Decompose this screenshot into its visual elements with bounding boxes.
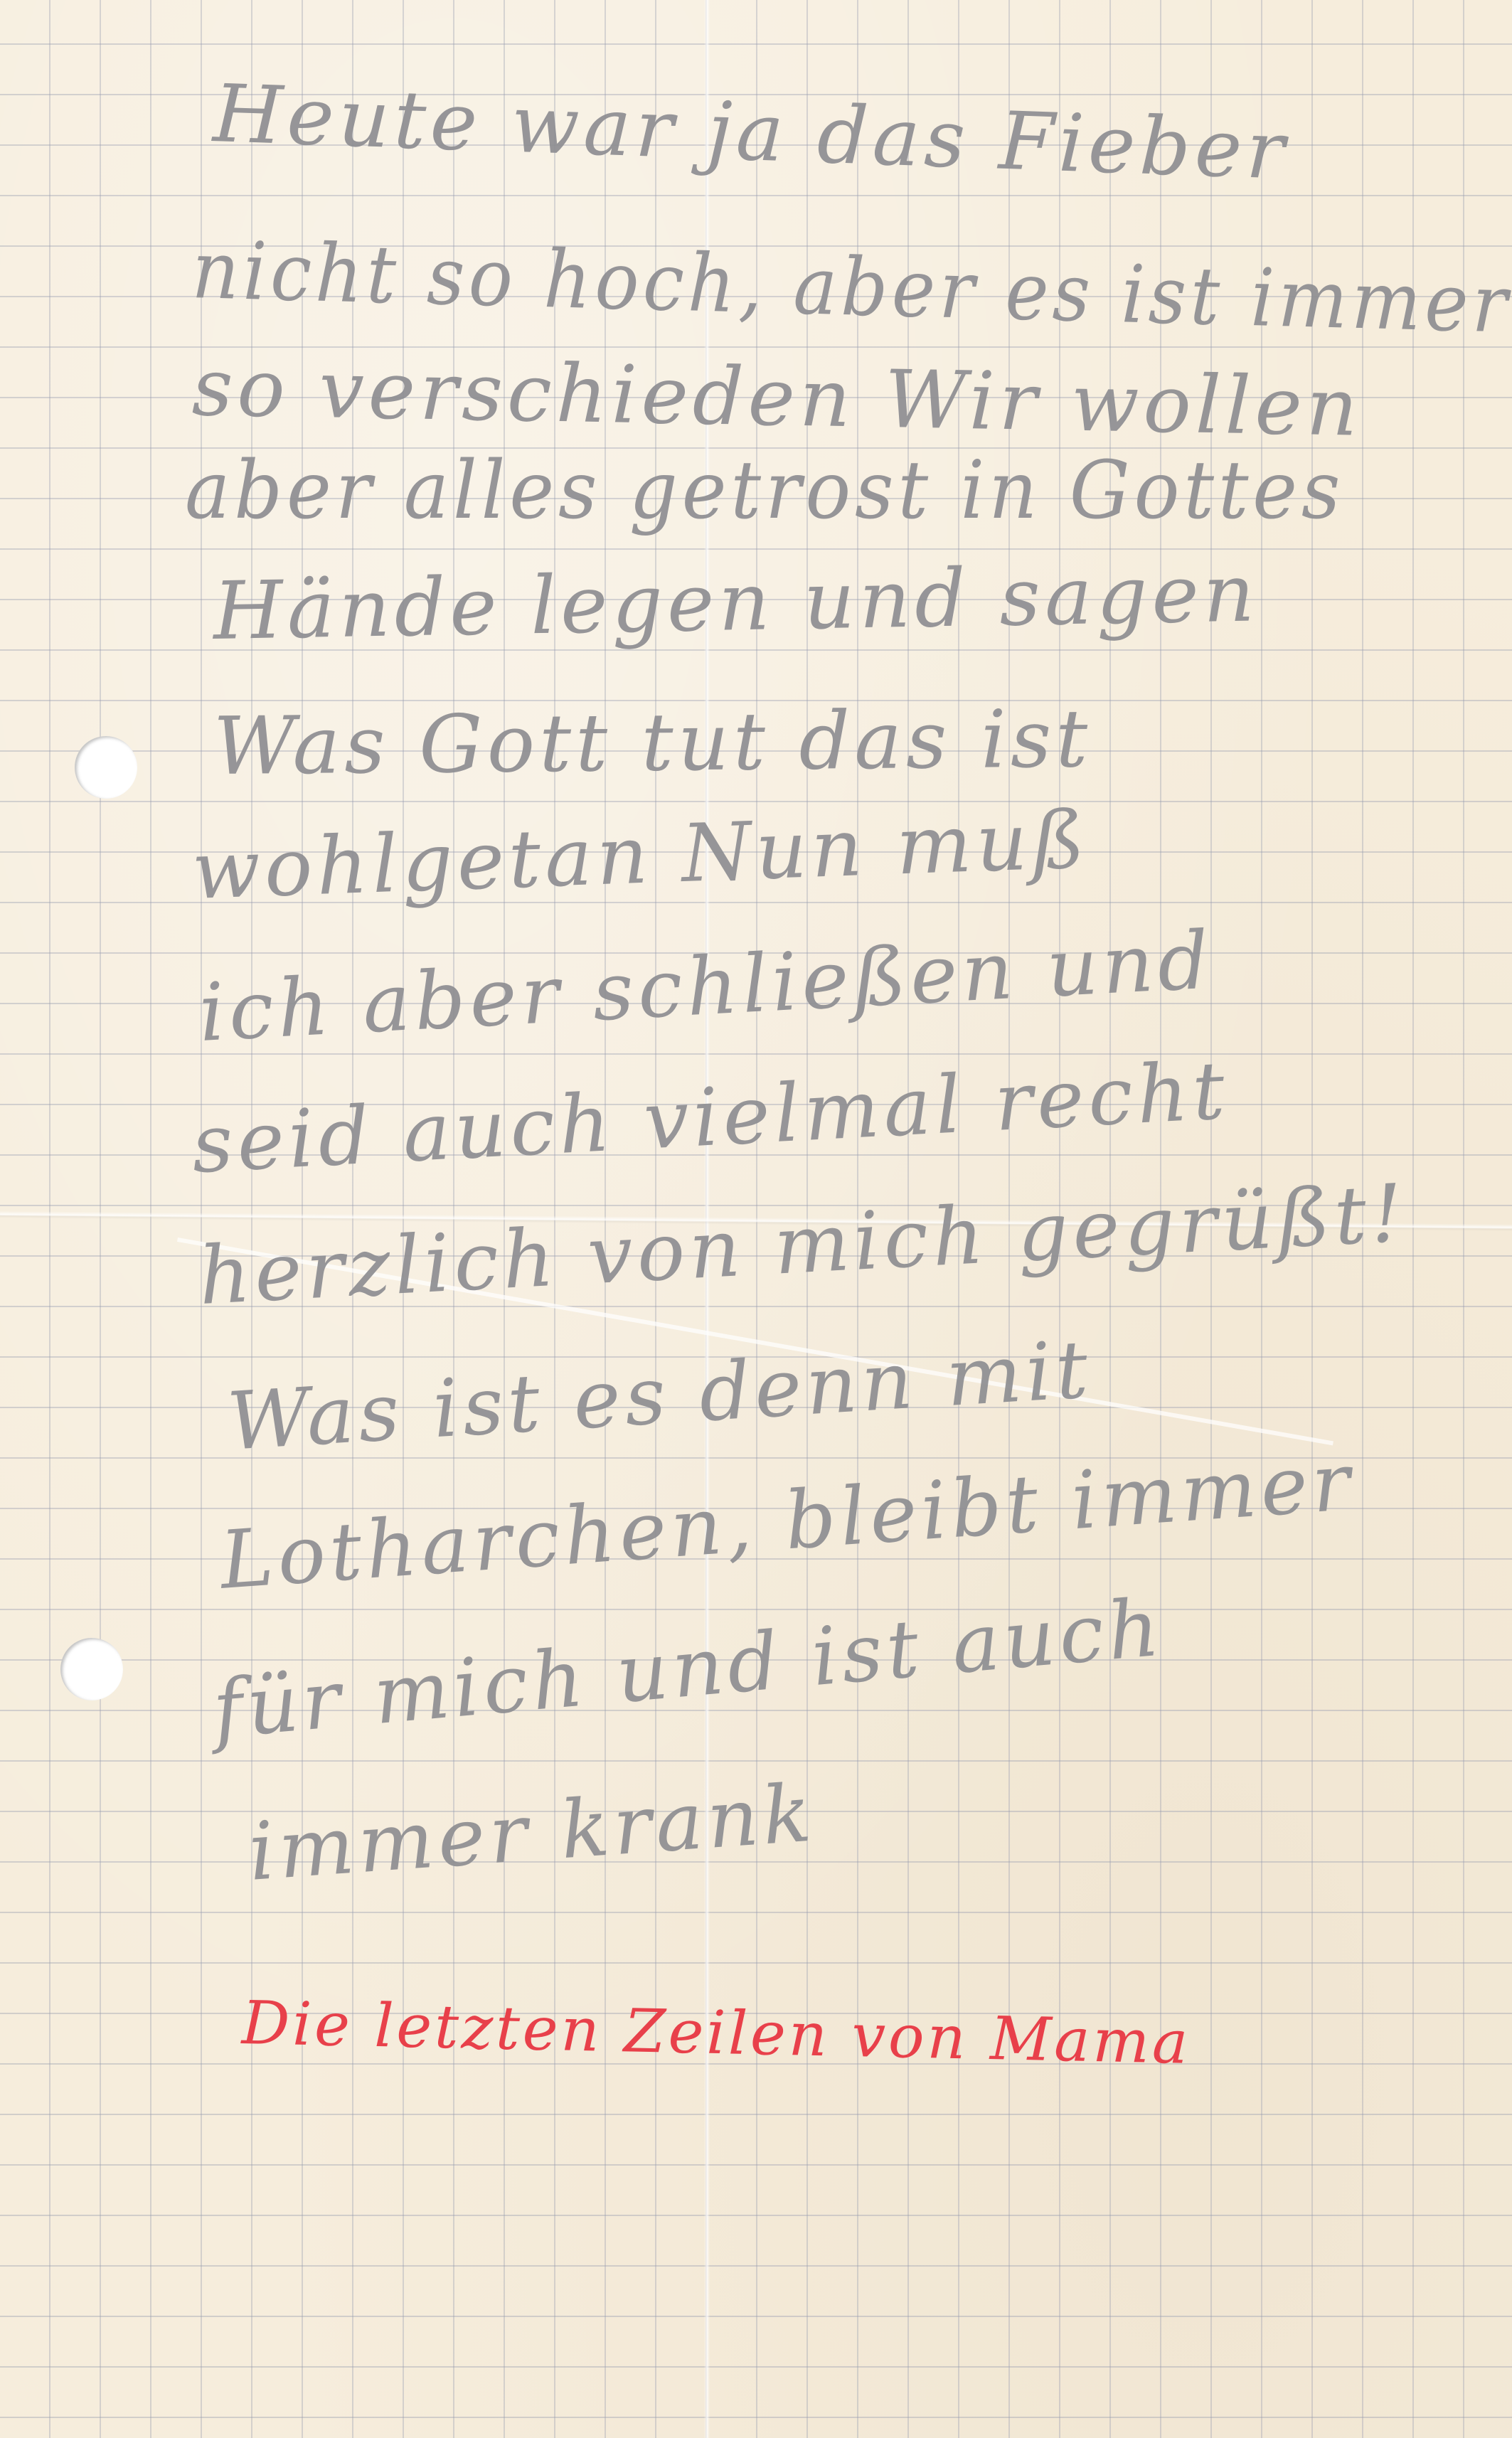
letter-line-4: aber alles getrost in Gottes <box>185 445 1344 537</box>
letter-line-14: immer krank <box>245 1767 818 1899</box>
letter-line-7: wohlgetan Nun muß <box>191 794 1091 917</box>
letter-line-11: Was ist es denn mit <box>225 1324 1095 1469</box>
letter-line-3: so verschieden Wir wollen <box>191 341 1363 454</box>
letter-line-6: Was Gott tut das ist <box>213 693 1092 793</box>
punch-hole-top <box>75 736 137 799</box>
letter-page: Heute war ja das Fieber nicht so hoch, a… <box>0 0 1512 2438</box>
letter-line-2: nicht so hoch, aber es ist immer <box>191 224 1512 351</box>
letter-line-10: herzlich von mich gegrüßt! <box>197 1167 1410 1323</box>
red-ink-annotation: Die letzten Zeilen von Mama <box>241 1988 1191 2077</box>
letter-line-1: Heute war ja das Fieber <box>212 68 1290 198</box>
letter-line-9: seid auch vielmal recht <box>190 1045 1231 1191</box>
letter-line-12: Lotharchen, bleibt immer <box>217 1436 1357 1607</box>
letter-line-13: für mich und ist auch <box>209 1581 1167 1756</box>
punch-hole-bottom <box>60 1638 123 1700</box>
letter-line-5: Hände legen und sagen <box>213 547 1260 658</box>
